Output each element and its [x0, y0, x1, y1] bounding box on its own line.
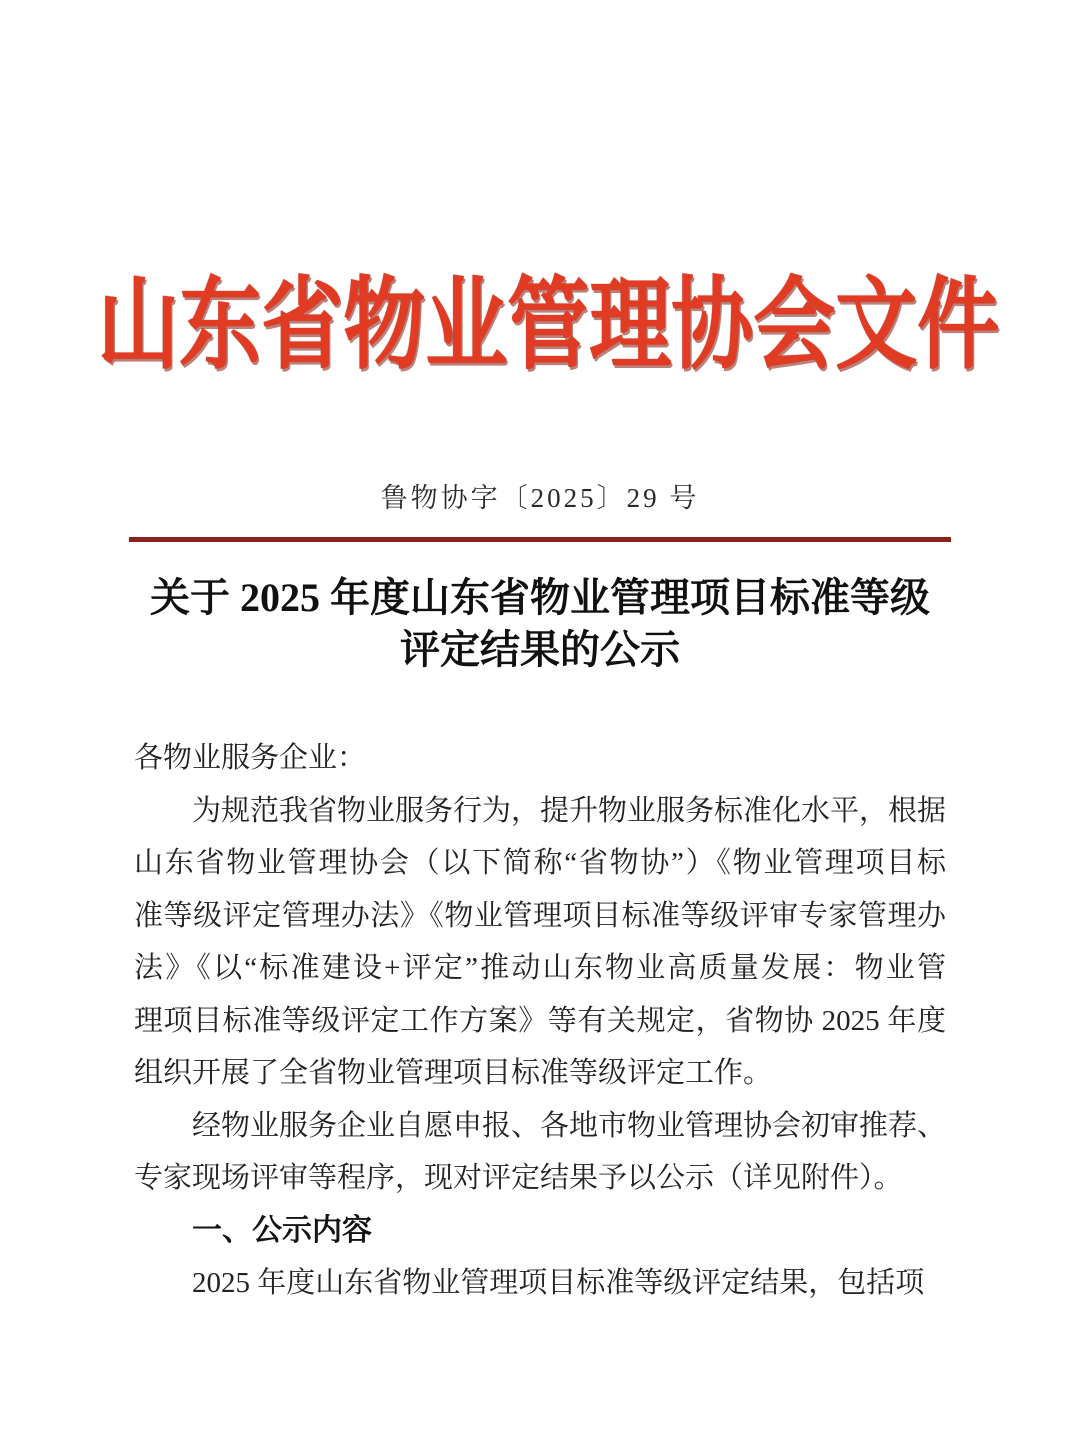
body-line: 山东省物业管理协会（以下简称“省物协”）《物业管理项目标	[134, 837, 946, 890]
document-body: 各物业服务企业： 为规范我省物业服务行为，提升物业服务标准化水平，根据 山东省物…	[134, 732, 946, 1310]
document-number: 鲁物协字〔2025〕29 号	[0, 476, 1080, 515]
document-masthead: 山东省物业管理协会文件	[97, 270, 983, 382]
body-line: 为规范我省物业服务行为，提升物业服务标准化水平，根据	[134, 785, 946, 838]
body-line: 2025 年度山东省物业管理项目标准等级评定结果，包括项	[134, 1257, 946, 1310]
document-title-line-2: 评定结果的公示	[0, 624, 1080, 676]
body-line: 专家现场评审等程序，现对评定结果予以公示（详见附件）。	[134, 1152, 946, 1205]
body-line: 理项目标准等级评定工作方案》等有关规定，省物协 2025 年度	[134, 995, 946, 1048]
body-line-salutation: 各物业服务企业：	[134, 732, 946, 785]
body-line: 经物业服务企业自愿申报、各地市物业管理协会初审推荐、	[134, 1100, 946, 1153]
body-line: 组织开展了全省物业管理项目标准等级评定工作。	[134, 1047, 946, 1100]
red-separator-rule	[129, 537, 951, 542]
body-line: 法》《以“标准建设+评定”推动山东物业高质量发展：物业管	[134, 942, 946, 995]
body-line: 准等级评定管理办法》《物业管理项目标准等级评审专家管理办	[134, 890, 946, 943]
document-title-line-1: 关于 2025 年度山东省物业管理项目标准等级	[0, 572, 1080, 624]
body-section-heading: 一、公示内容	[134, 1205, 946, 1258]
scanned-document-page: 山东省物业管理协会文件 鲁物协字〔2025〕29 号 关于 2025 年度山东省…	[0, 0, 1080, 1452]
document-title: 关于 2025 年度山东省物业管理项目标准等级 评定结果的公示	[0, 572, 1080, 676]
